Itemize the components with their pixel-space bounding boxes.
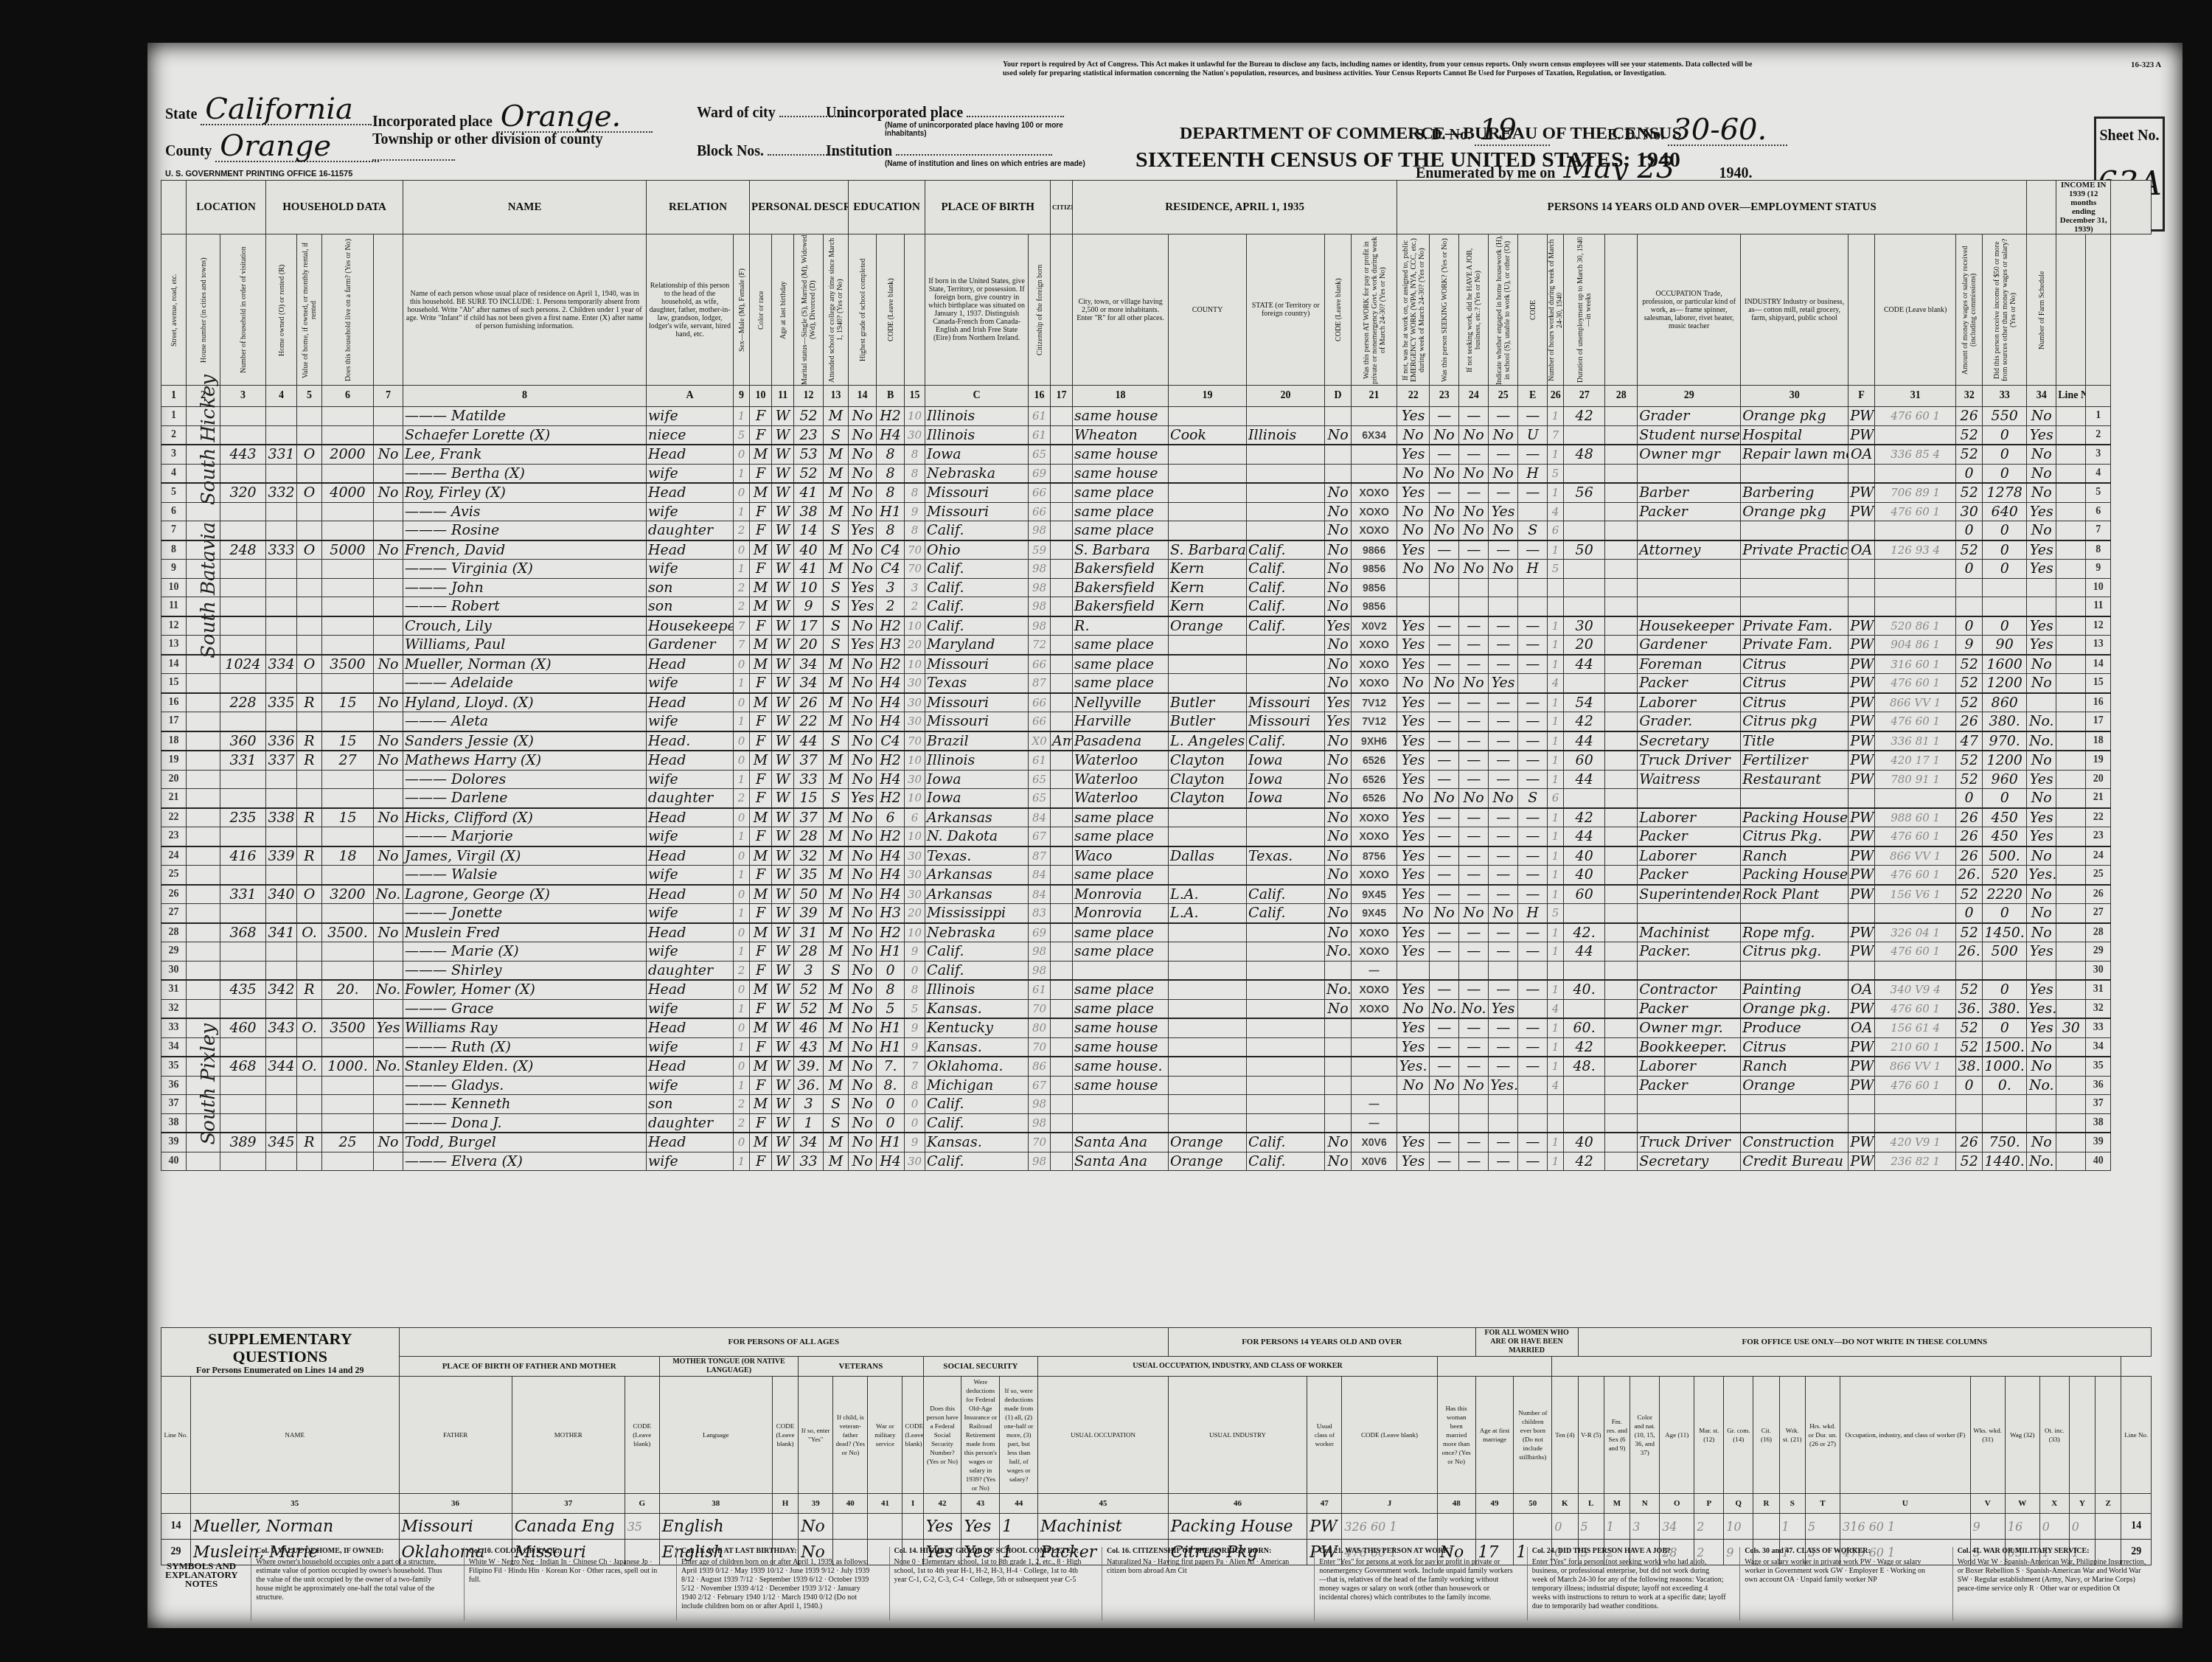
cell-industry: Rope mfg.	[1741, 923, 1848, 942]
cell-c23: —	[1459, 1133, 1489, 1152]
cell-race: W	[772, 770, 794, 789]
cell-race: W	[772, 961, 794, 980]
census-sheet: State California County Orange U. S. GOV…	[147, 43, 2183, 1628]
table-row: 25——— Walsiewife1FW35MNoH430Arkansas84sa…	[161, 866, 2152, 885]
cell-weeks: 30	[1956, 502, 1983, 521]
cell-c22: —	[1430, 655, 1459, 674]
cell-marital: S	[824, 789, 849, 808]
cell-school: No	[849, 407, 877, 426]
supp-column-label: Language	[659, 1377, 772, 1494]
cell-codeC: 61	[1029, 751, 1051, 770]
cell-school: No	[849, 483, 877, 502]
cell-farm	[374, 674, 403, 693]
cell-own	[297, 712, 322, 731]
cell-line: 3	[161, 445, 187, 464]
cell-res-county	[1169, 655, 1247, 674]
cell-c24: —	[1489, 866, 1518, 885]
cell-weeks: 0	[1956, 616, 1983, 636]
cell-sex: M	[750, 1133, 772, 1152]
cell-cit	[1051, 1133, 1073, 1152]
cell-c24: —	[1489, 751, 1518, 770]
cell-line: 34	[2086, 1037, 2111, 1057]
cell-c21: Yes	[1397, 1133, 1430, 1152]
cell-res-farm	[1325, 1018, 1352, 1037]
cell-codeF	[1875, 789, 1956, 808]
cell-race: W	[772, 866, 794, 885]
cell-house: 331	[220, 751, 266, 770]
cell-weeks: 52	[1956, 1152, 1983, 1171]
cell-name: Hicks, Clifford (X)	[403, 808, 647, 827]
cell-farm: No	[374, 655, 403, 674]
cell-res-farm: No	[1325, 999, 1352, 1018]
cell-c23: —	[1459, 693, 1489, 712]
cell-weeks	[1956, 1095, 1983, 1114]
cell-farm-sched	[2056, 1076, 2086, 1095]
column-number: 22	[1397, 386, 1430, 407]
cell-age: 26	[794, 693, 824, 712]
cell-codeF: 336 81 1	[1875, 731, 1956, 751]
supplementary-row: 14Mueller, NormanMissouriCanada Eng35Eng…	[161, 1514, 2152, 1540]
cell-hh: 331	[266, 445, 297, 464]
supp-cell-p: 2	[1694, 1514, 1724, 1540]
cell-hh	[266, 597, 297, 616]
cell-house	[220, 961, 266, 980]
cell-occupation: Packer	[1638, 502, 1741, 521]
table-row: 19331337R27NoMathews Harry (X)Head0MW37M…	[161, 751, 2152, 770]
cell-cit	[1051, 464, 1073, 483]
supp-column-label: USUAL OCCUPATION	[1038, 1377, 1169, 1494]
supp-column-label: If so, enter "Yes"	[799, 1377, 833, 1494]
state-field: State California	[165, 94, 372, 125]
cell-c24: —	[1489, 885, 1518, 904]
cell-race: W	[772, 712, 794, 731]
cell-codeC: 84	[1029, 866, 1051, 885]
explanatory-note: Col. 11. AGE AT LAST BIRTHDAY:Enter age …	[676, 1547, 875, 1621]
cell-codeE: 1	[1548, 866, 1564, 885]
cell-codeD: XOXO	[1352, 923, 1397, 942]
cell-street	[187, 942, 220, 962]
cell-unemp	[1605, 770, 1638, 789]
cell-c23: —	[1459, 540, 1489, 560]
cell-line: 36	[2086, 1076, 2111, 1095]
cell-res-state	[1247, 407, 1325, 426]
cell-hours: 44	[1564, 942, 1605, 962]
cell-codeB: 9	[905, 1037, 925, 1057]
cell-wages: 1500.	[1983, 1037, 2027, 1057]
cell-codeA: 1	[734, 1152, 750, 1171]
note-text: World War W · Spanish-American War, Phil…	[1958, 1558, 2146, 1593]
cell-race: W	[772, 789, 794, 808]
cell-race: W	[772, 616, 794, 636]
cell-value	[322, 999, 374, 1018]
cell-sex: F	[750, 1037, 772, 1057]
cell-hh: 333	[266, 540, 297, 560]
cell-hours: 42	[1564, 808, 1605, 827]
cell-occupation: Secretary	[1638, 731, 1741, 751]
cell-class: OA	[1848, 445, 1875, 464]
cell-weeks: 52	[1956, 674, 1983, 693]
cell-codeA: 1	[734, 1037, 750, 1057]
supp-column-label: War or military service	[868, 1377, 902, 1494]
cell-industry	[1741, 904, 1848, 923]
cell-line: 20	[2086, 770, 2111, 789]
cell-race: W	[772, 1076, 794, 1095]
cell-codeC: 65	[1029, 770, 1051, 789]
cell-wages: 1450.	[1983, 923, 2027, 942]
cell-relation: Head	[647, 808, 734, 827]
cell-industry: Restaurant	[1741, 770, 1848, 789]
cell-c24: No	[1489, 904, 1518, 923]
cell-c24: —	[1489, 827, 1518, 846]
cell-value	[322, 712, 374, 731]
cell-other-inc: Yes	[2027, 560, 2056, 579]
cell-industry: Ranch	[1741, 846, 1848, 866]
cell-birthplace: Missouri	[925, 483, 1029, 502]
cell-c21: Yes.	[1397, 1057, 1430, 1076]
cell-race: W	[772, 904, 794, 923]
cell-res-state	[1247, 445, 1325, 464]
cell-grade: H4	[877, 885, 905, 904]
cell-codeB: 10	[905, 655, 925, 674]
cell-res-county: L. Angeles	[1169, 731, 1247, 751]
cell-codeB: 0	[905, 1095, 925, 1114]
column-number: 34	[2027, 386, 2056, 407]
cell-codeF: 476 60 1	[1875, 502, 1956, 521]
cell-cit	[1051, 674, 1073, 693]
cell-hours	[1564, 1113, 1605, 1133]
column-number: 31	[1875, 386, 1956, 407]
cell-age: 28	[794, 827, 824, 846]
cell-codeF	[1875, 578, 1956, 597]
supp-column-number: I	[902, 1494, 923, 1514]
cell-unemp	[1605, 445, 1638, 464]
cell-res-state	[1247, 827, 1325, 846]
cell-c25: —	[1518, 751, 1548, 770]
cell-res-farm: No	[1325, 674, 1352, 693]
cell-value: 3500	[322, 655, 374, 674]
cell-res-county: Dallas	[1169, 846, 1247, 866]
cell-birthplace: Calif.	[925, 616, 1029, 636]
cell-grade: H2	[877, 923, 905, 942]
cell-hours	[1564, 560, 1605, 579]
cell-house	[220, 636, 266, 655]
cell-marital: M	[824, 904, 849, 923]
supp-column-number: 37	[512, 1494, 625, 1514]
cell-value	[322, 770, 374, 789]
cell-hours	[1564, 999, 1605, 1018]
cell-sex: F	[750, 521, 772, 540]
cell-occupation: Laborer	[1638, 693, 1741, 712]
cell-own	[297, 1037, 322, 1057]
cell-street	[187, 712, 220, 731]
cell-codeF	[1875, 560, 1956, 579]
cell-codeC: 66	[1029, 693, 1051, 712]
supp-cell-line-end: 14	[2121, 1514, 2152, 1540]
cell-res-farm: No	[1325, 885, 1352, 904]
supp-column-label: Does this person have a Federal Social S…	[923, 1377, 961, 1494]
cell-hh	[266, 578, 297, 597]
cell-class: PW	[1848, 1152, 1875, 1171]
cell-codeB: 10	[905, 616, 925, 636]
cell-grade: 8	[877, 464, 905, 483]
cell-line: 17	[2086, 712, 2111, 731]
cell-street	[187, 846, 220, 866]
cell-line: 4	[2086, 464, 2111, 483]
cell-res-farm	[1325, 407, 1352, 426]
cell-own: O	[297, 540, 322, 560]
supp-column-number: 44	[1000, 1494, 1038, 1514]
cell-hh	[266, 1076, 297, 1095]
cell-codeD: XOXO	[1352, 980, 1397, 999]
cell-cit	[1051, 1018, 1073, 1037]
note-heading: Col. 5. VALUE OF HOME, IF OWNED:	[256, 1547, 450, 1556]
cell-codeB: 9	[905, 1018, 925, 1037]
cell-codeF	[1875, 425, 1956, 445]
cell-birthplace: Arkansas	[925, 885, 1029, 904]
cell-sex: M	[750, 578, 772, 597]
cell-street	[187, 885, 220, 904]
cell-class: OA	[1848, 540, 1875, 560]
cell-res-county	[1169, 961, 1247, 980]
cell-c24: No	[1489, 425, 1518, 445]
cell-c21: No	[1397, 521, 1430, 540]
cell-line: 33	[161, 1018, 187, 1037]
cell-hh	[266, 942, 297, 962]
cell-race: W	[772, 464, 794, 483]
cell-school: No	[849, 961, 877, 980]
column-number: 27	[1564, 386, 1605, 407]
cell-codeA: 2	[734, 1095, 750, 1114]
note-heading: Cols. 30 and 47. CLASS OF WORKER:	[1745, 1547, 1938, 1556]
cell-other-inc: Yes	[2027, 616, 2056, 636]
cell-industry	[1741, 578, 1848, 597]
cell-line: 9	[2086, 560, 2111, 579]
cell-c22	[1430, 1095, 1459, 1114]
cell-res-county: Cook	[1169, 425, 1247, 445]
cell-codeF: 520 86 1	[1875, 616, 1956, 636]
cell-wages: 0	[1983, 425, 2027, 445]
cell-house	[220, 674, 266, 693]
cell-farm: No	[374, 445, 403, 464]
cell-name: ——— Jonette	[403, 904, 647, 923]
group-women-married: FOR ALL WOMEN WHO ARE OR HAVE BEEN MARRI…	[1475, 1328, 1578, 1357]
cell-res-state	[1247, 1095, 1325, 1114]
cell-codeD: 9X45	[1352, 904, 1397, 923]
column-number: 21	[1352, 386, 1397, 407]
cell-industry: Hospital	[1741, 425, 1848, 445]
table-row: 18360336R15NoSanders Jessie (X)Head.0FW4…	[161, 731, 2152, 751]
cell-unemp	[1605, 407, 1638, 426]
cell-other-inc	[2027, 1095, 2056, 1114]
cell-value: 15	[322, 693, 374, 712]
cell-school: Yes	[849, 597, 877, 616]
cell-farm-sched	[2056, 999, 2086, 1018]
supp-column-number: S	[1779, 1494, 1805, 1514]
cell-birthplace: Calif.	[925, 1095, 1029, 1114]
cell-value	[322, 827, 374, 846]
cell-unemp	[1605, 674, 1638, 693]
cell-codeE: 5	[1548, 464, 1564, 483]
cell-house	[220, 1095, 266, 1114]
cell-codeD: 6526	[1352, 789, 1397, 808]
cell-res-state: Iowa	[1247, 770, 1325, 789]
cell-name: ——— Bertha (X)	[403, 464, 647, 483]
cell-occupation: Bookkeeper.	[1638, 1037, 1741, 1057]
cell-own: R	[297, 846, 322, 866]
cell-c22: —	[1430, 770, 1459, 789]
cell-age: 43	[794, 1037, 824, 1057]
column-number: 20	[1247, 386, 1325, 407]
ward-field: Ward of city	[697, 105, 847, 122]
cell-c25: S	[1518, 521, 1548, 540]
column-header: Does this household live on a farm? (Yes…	[322, 234, 374, 386]
cell-farm	[374, 827, 403, 846]
cell-birthplace: Mississippi	[925, 904, 1029, 923]
cell-codeD: 6526	[1352, 770, 1397, 789]
cell-weeks: 52	[1956, 483, 1983, 502]
cell-res-farm	[1325, 445, 1352, 464]
cell-class: PW	[1848, 1076, 1875, 1095]
cell-house	[220, 770, 266, 789]
cell-res-city	[1073, 1095, 1169, 1114]
county-field: County Orange	[165, 131, 379, 162]
note-text: Naturalized Na · Having first papers Pa …	[1107, 1558, 1289, 1575]
cell-marital: M	[824, 693, 849, 712]
cell-c25	[1518, 961, 1548, 980]
supp-column-label: Line No.	[161, 1377, 191, 1494]
cell-line: 25	[2086, 866, 2111, 885]
cell-codeB: 30	[905, 425, 925, 445]
cell-hh	[266, 407, 297, 426]
cell-grade: 8	[877, 980, 905, 999]
cell-value	[322, 521, 374, 540]
cell-res-city: R.	[1073, 616, 1169, 636]
cell-sex: F	[750, 942, 772, 962]
cell-c22: No	[1430, 904, 1459, 923]
cell-race: W	[772, 999, 794, 1018]
cell-weeks: 26	[1956, 808, 1983, 827]
cell-age: 3	[794, 961, 824, 980]
cell-cit	[1051, 961, 1073, 980]
cell-codeA: 2	[734, 789, 750, 808]
supp-column-label: Mar. st. (12)	[1694, 1377, 1724, 1494]
supp-column-label	[2069, 1377, 2095, 1494]
cell-codeC: 61	[1029, 407, 1051, 426]
cell-res-county	[1169, 999, 1247, 1018]
cell-codeA: 1	[734, 502, 750, 521]
cell-res-city: same house	[1073, 445, 1169, 464]
cell-value: 5000	[322, 540, 374, 560]
cell-c22: —	[1430, 808, 1459, 827]
cell-occupation	[1638, 464, 1741, 483]
cell-farm-sched	[2056, 904, 2086, 923]
street-annotation: South Pixley	[198, 1023, 220, 1145]
cell-relation: Head	[647, 1057, 734, 1076]
cell-codeA: 2	[734, 597, 750, 616]
cell-occupation: Waitress	[1638, 770, 1741, 789]
cell-c25: —	[1518, 731, 1548, 751]
cell-c24: —	[1489, 1133, 1518, 1152]
column-number: 13	[824, 386, 849, 407]
cell-industry: Credit Bureau	[1741, 1152, 1848, 1171]
cell-codeD: XOXO	[1352, 636, 1397, 655]
cell-occupation: Truck Driver	[1638, 751, 1741, 770]
column-number: 16	[1029, 386, 1051, 407]
cell-grade: 0	[877, 961, 905, 980]
cell-industry: Produce	[1741, 1018, 1848, 1037]
cell-relation: Head	[647, 885, 734, 904]
cell-occupation: Student nurse	[1638, 425, 1741, 445]
cell-c25: —	[1518, 693, 1548, 712]
cell-farm-sched	[2056, 770, 2086, 789]
cell-relation: wife	[647, 770, 734, 789]
cell-school: No	[849, 616, 877, 636]
cell-class: PW	[1848, 999, 1875, 1018]
supp-cell-codej: 326 60 1	[1342, 1514, 1438, 1540]
cell-birthplace: Missouri	[925, 693, 1029, 712]
cell-industry: Private Fam.	[1741, 616, 1848, 636]
cell-c25: —	[1518, 770, 1548, 789]
supp-column-label: Number of children ever born (Do not inc…	[1514, 1377, 1552, 1494]
cell-c23: No	[1459, 502, 1489, 521]
cell-line: 10	[2086, 578, 2111, 597]
cell-codeD: —	[1352, 1095, 1397, 1114]
cell-res-farm: No	[1325, 1152, 1352, 1171]
explanatory-note: Cols. 30 and 47. CLASS OF WORKER:Wage or…	[1739, 1547, 1938, 1621]
cell-other-inc: Yes	[2027, 1018, 2056, 1037]
cell-class: PW	[1848, 674, 1875, 693]
cell-res-state	[1247, 999, 1325, 1018]
cell-res-farm: No	[1325, 904, 1352, 923]
cell-codeE: 1	[1548, 540, 1564, 560]
table-row: 39389345R25NoTodd, BurgelHead0MW34MNoH19…	[161, 1133, 2152, 1152]
cell-codeF: 476 60 1	[1875, 674, 1956, 693]
cell-marital: M	[824, 1076, 849, 1095]
cell-res-state	[1247, 866, 1325, 885]
cell-line: 38	[161, 1113, 187, 1133]
cell-res-city	[1073, 961, 1169, 980]
cell-school: No	[849, 425, 877, 445]
cell-c25: —	[1518, 923, 1548, 942]
cell-line: 17	[161, 712, 187, 731]
cell-codeD: XOXO	[1352, 483, 1397, 502]
cell-cit	[1051, 1113, 1073, 1133]
cell-res-county	[1169, 942, 1247, 962]
cell-value	[322, 464, 374, 483]
supp-column-number: 43	[961, 1494, 1000, 1514]
cell-res-city: same place	[1073, 674, 1169, 693]
cell-grade: 5	[877, 999, 905, 1018]
column-number: 6	[322, 386, 374, 407]
column-header: House number (in cities and towns)	[187, 234, 220, 386]
cell-res-city: same house.	[1073, 1057, 1169, 1076]
cell-hours: 40.	[1564, 980, 1605, 999]
cell-weeks: 52	[1956, 540, 1983, 560]
column-number: 30	[1741, 386, 1848, 407]
cell-industry	[1741, 464, 1848, 483]
cell-res-county: Clayton	[1169, 789, 1247, 808]
cell-occupation: Gardener	[1638, 636, 1741, 655]
cell-res-farm: No	[1325, 827, 1352, 846]
cell-own	[297, 942, 322, 962]
cell-hours	[1564, 521, 1605, 540]
cell-street	[187, 789, 220, 808]
cell-c23: —	[1459, 445, 1489, 464]
cell-cit	[1051, 1057, 1073, 1076]
cell-own	[297, 999, 322, 1018]
cell-house	[220, 999, 266, 1018]
cell-c25	[1518, 1095, 1548, 1114]
